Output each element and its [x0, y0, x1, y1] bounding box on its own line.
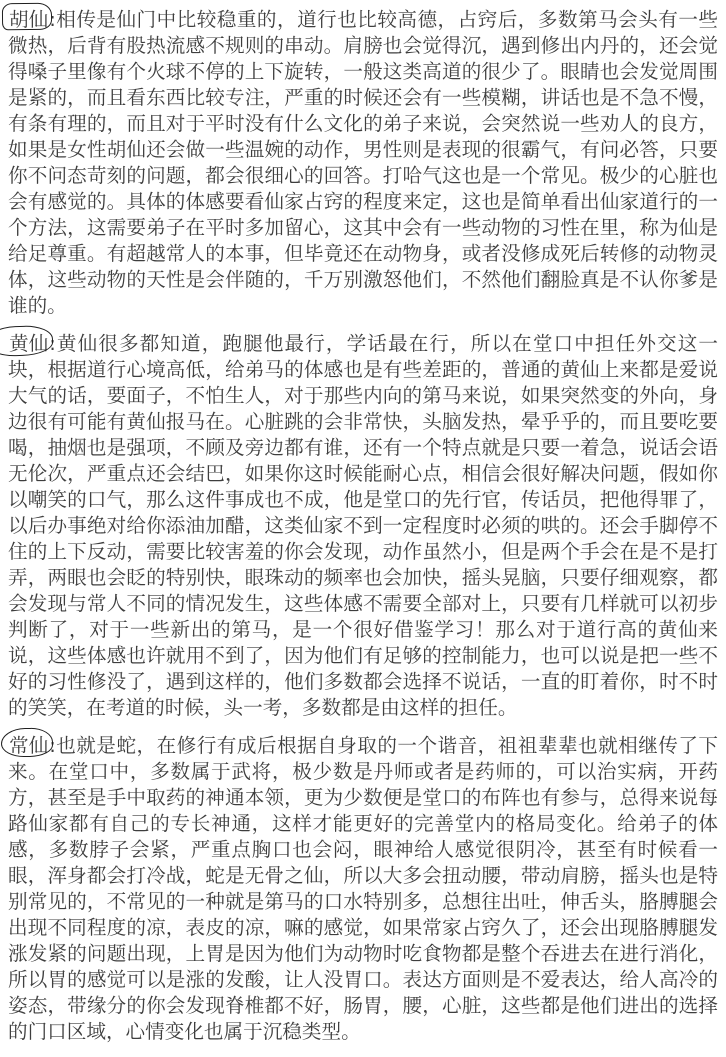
term-separator: :	[49, 332, 56, 355]
section-body-huxian: 相传是仙门中比较稳重的，道行也比较高德，占窍后，多数第马会头有一些微热，后背有股…	[8, 8, 718, 317]
section-changxian: 常仙:也就是蛇，在修行有成后根据自身取的一个谐音，祖祖辈辈也就相继传了下来。在堂…	[8, 733, 718, 1045]
term-separator: :	[49, 734, 56, 757]
term-huxian: 胡仙	[9, 8, 48, 31]
section-huxian: 胡仙:相传是仙门中比较稳重的，道行也比较高德，占窍后，多数第马会头有一些微热，后…	[8, 7, 718, 319]
term-changxian: 常仙	[9, 734, 48, 757]
article-text: 胡仙:相传是仙门中比较稳重的，道行也比较高德，占窍后，多数第马会头有一些微热，后…	[0, 0, 726, 1045]
circle-annotation-huangxian: 黄仙	[8, 331, 49, 357]
circle-annotation-changxian: 常仙	[8, 733, 49, 759]
section-huangxian: 黄仙:黄仙很多都知道，跑腿他最行，学话最在行，所以在堂口中担任外交这一块，根据道…	[8, 331, 718, 721]
term-separator: :	[49, 8, 56, 31]
section-body-changxian: 也就是蛇，在修行有成后根据自身取的一个谐音，祖祖辈辈也就相继传了下来。在堂口中，…	[8, 734, 718, 1043]
circle-annotation-huxian: 胡仙	[8, 7, 49, 33]
term-huangxian: 黄仙	[9, 332, 48, 355]
section-body-huangxian: 黄仙很多都知道，跑腿他最行，学话最在行，所以在堂口中担任外交这一块，根据道行心境…	[8, 332, 718, 719]
